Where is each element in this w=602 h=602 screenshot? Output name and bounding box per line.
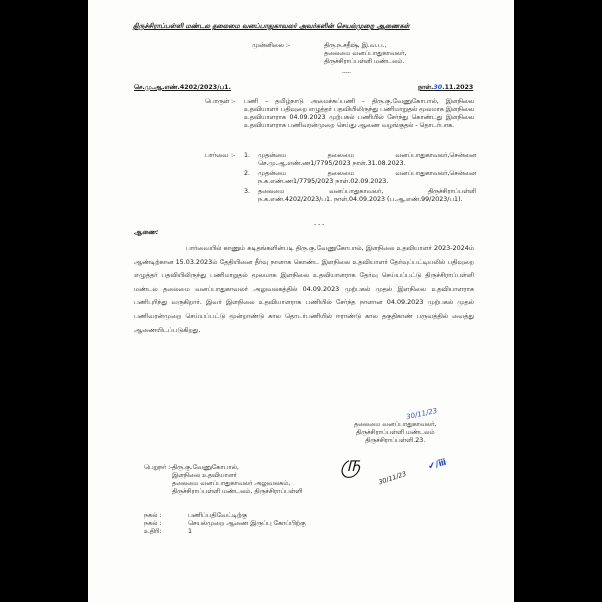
reference-item: 3. தலைமைவனப்பாதுகாவலர்,திருச்சிராப்பள்ளி… xyxy=(244,188,476,204)
reference-word: முதன்மை xyxy=(258,152,286,160)
date-rest: .11.2023 xyxy=(442,84,473,91)
reference-word: முதன்மை xyxy=(258,170,286,178)
copy-value: செயல்முறை ஆணை இருப்பு கோப்பிற்கு xyxy=(176,520,306,528)
copy-value: பணிப்பதிவேட்டிற்கு xyxy=(176,512,247,520)
order-heading: ஆணை: xyxy=(134,229,158,237)
references-label: பார்வை xyxy=(205,152,228,160)
subject-text: பணி – தமிழ்நாடு அமைச்சுப்பணி – திரு.கு.வ… xyxy=(244,98,474,130)
signature-date: 30/11/23 xyxy=(377,470,407,486)
presence-lines: திரு.ந.சதீஷ், இ.வ.ப., தலைமை வனப்பாதுகாவல… xyxy=(324,42,406,66)
reference-word: திருச்சிராப்பள்ளி xyxy=(428,188,476,196)
subject-colon: :- xyxy=(231,98,235,106)
signature-block: தலைமை வனப்பாதுகாவலர், திருச்சிராப்பள்ளி … xyxy=(354,421,436,445)
signature-line: திருச்சிராப்பள்ளி மண்டலம் xyxy=(354,429,436,437)
recipient-lines: திரு.கு.வேணுகோபால், இளநிலை உதவியாளர் தலை… xyxy=(172,464,302,496)
reference-word: தலைமை xyxy=(328,152,354,160)
order-body: பார்வையில் காணும் கடிதங்களின்படி திரு.கு… xyxy=(134,242,474,337)
reference-line2: ந.க.எண்.ண1/7795/2023 நாள்.02.09.2023. xyxy=(258,178,476,186)
presence-label: முன்னிலை :- xyxy=(252,42,290,50)
reference-num: 1. xyxy=(244,152,258,168)
recipient-line: திரு.கு.வேணுகோபால், xyxy=(172,464,302,472)
copies-list: நகல் :பணிப்பதிவேட்டிற்கு நகல் :செயல்முறை… xyxy=(144,512,306,536)
references-colon: :- xyxy=(231,152,235,160)
reference-item: 2. முதன்மைதலைமைவனப்பாதுகாவலர்,சென்னை ந.க… xyxy=(244,170,476,186)
presence-line: திரு.ந.சதீஷ், இ.வ.ப., xyxy=(324,42,406,50)
copy-key: நகல் : xyxy=(144,520,176,528)
copy-key: உதிரி: xyxy=(144,528,176,536)
copy-row: உதிரி:1 xyxy=(144,528,306,536)
reference-word: வனப்பாதுகாவலர்,சென்னை xyxy=(395,152,476,160)
subject-label: பொருள் xyxy=(205,98,229,106)
handwritten-signature: ரு xyxy=(340,452,360,480)
reference-line2: ந.க.எண்.4202/2023/ப1. நாள்.04.09.2023 (ப… xyxy=(258,196,476,204)
signature-line: தலைமை வனப்பாதுகாவலர், xyxy=(354,421,436,429)
presence-divider: ----- xyxy=(342,70,351,76)
copy-value: 1 xyxy=(176,528,192,536)
received-stamp-icon: ✔/ⅲ xyxy=(427,458,448,472)
presence-line: திருச்சிராப்பள்ளி மண்டலம். xyxy=(324,58,406,66)
initial-note: 30/11/23 xyxy=(406,407,438,421)
document-date: நாள்.30.11.2023 xyxy=(418,84,473,92)
reference-word: வனப்பாதுகாவலர்,சென்னை xyxy=(395,170,476,178)
recipient-line: திருச்சிராப்பள்ளி மண்டலம், திருச்சிராப்ப… xyxy=(172,488,302,496)
document-page: திருச்சிராப்பள்ளி மண்டல தலைமை வனப்பாதுகா… xyxy=(88,0,514,602)
date-handwritten-day: 30 xyxy=(433,84,442,91)
copy-row: நகல் :செயல்முறை ஆணை இருப்பு கோப்பிற்கு xyxy=(144,520,306,528)
recipient-line: தலைமை வனப்பாதுகாவலர் அலுவலகம், xyxy=(172,480,302,488)
reference-word: தலைமை xyxy=(328,170,354,178)
document-title: திருச்சிராப்பள்ளி மண்டல தலைமை வனப்பாதுகா… xyxy=(133,22,410,31)
reference-word: தலைமை xyxy=(258,188,284,196)
recipient-line: இளநிலை உதவியாளர் xyxy=(172,472,302,480)
copy-row: நகல் :பணிப்பதிவேட்டிற்கு xyxy=(144,512,306,520)
recipient-label: பெறுநர் :- xyxy=(144,464,173,472)
reference-num: 2. xyxy=(244,170,258,186)
reference-word: வனப்பாதுகாவலர், xyxy=(329,188,383,196)
copy-key: நகல் : xyxy=(144,512,176,520)
references-list: 1. முதன்மைதலைமைவனப்பாதுகாவலர்,சென்னை செ.… xyxy=(244,152,476,206)
reference-num: 3. xyxy=(244,188,258,204)
reference-number: செ.மு.ஆ.எண்.4202/2023/ப1. xyxy=(134,84,231,92)
reference-line2: செ.மு.ஆ.எண்.ண1/7795/2023 நாள்.31.08.2023… xyxy=(258,160,476,168)
date-prefix: நாள். xyxy=(418,84,433,91)
signature-line: திருச்சிராப்பள்ளி.23. xyxy=(354,437,436,445)
presence-line: தலைமை வனப்பாதுகாவலர், xyxy=(324,50,406,58)
reference-item: 1. முதன்மைதலைமைவனப்பாதுகாவலர்,சென்னை செ.… xyxy=(244,152,476,168)
section-separator: - - - xyxy=(314,221,324,228)
